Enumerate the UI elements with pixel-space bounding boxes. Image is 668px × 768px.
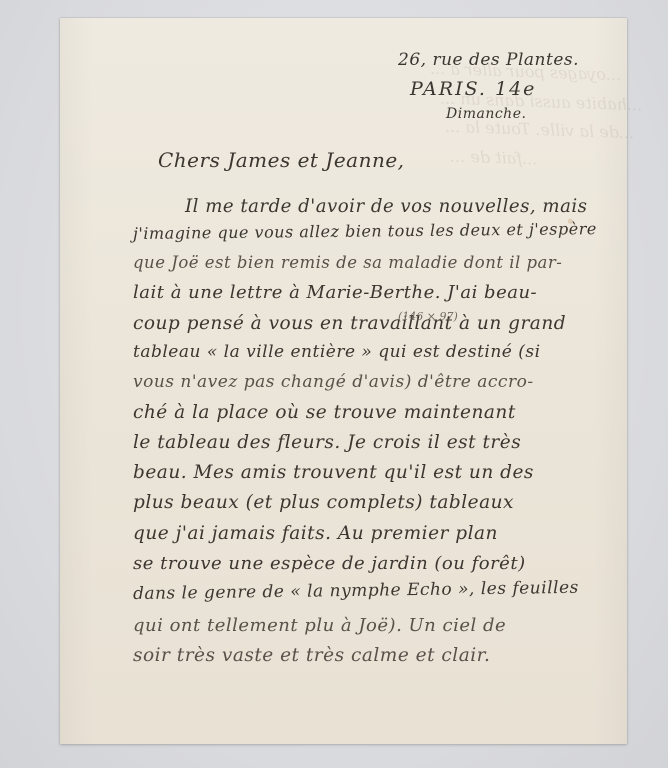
address-line: 26, rue des Plantes. <box>398 50 579 70</box>
body-line: se trouve une espèce de jardin (ou forêt… <box>133 553 526 574</box>
body-line: qui ont tellement plu à Joë). Un ciel de <box>133 615 506 636</box>
body-line: soir très vaste et très calme et clair. <box>133 645 490 666</box>
day-line: Dimanche. <box>446 106 526 122</box>
body-line: lait à une lettre à Marie-Berthe. J'ai b… <box>133 282 537 303</box>
bleed-through-text: ...fait de ... <box>450 146 538 168</box>
body-line: plus beaux (et plus complets) tableaux <box>133 492 514 513</box>
body-line: le tableau des fleurs. Je crois il est t… <box>133 432 521 453</box>
body-line: ché à la place où se trouve maintenant <box>133 402 516 423</box>
dimensions-annotation: (146 × 97) <box>398 310 458 323</box>
body-line: que j'ai jamais faits. Au premier plan <box>133 523 498 544</box>
body-line: coup pensé à vous en travaillant à un gr… <box>133 313 566 334</box>
body-line: Il me tarde d'avoir de vos nouvelles, ma… <box>185 196 587 217</box>
body-line: beau. Mes amis trouvent qu'il est un des <box>133 462 534 483</box>
body-line: que Joë est bien remis de sa maladie don… <box>133 253 562 272</box>
body-line: vous n'avez pas changé d'avis) d'être ac… <box>133 372 534 392</box>
body-line: tableau « la ville entière » qui est des… <box>133 342 541 362</box>
salutation: Chers James et Jeanne, <box>158 148 405 172</box>
city-line: PARIS. 14e <box>410 78 536 100</box>
